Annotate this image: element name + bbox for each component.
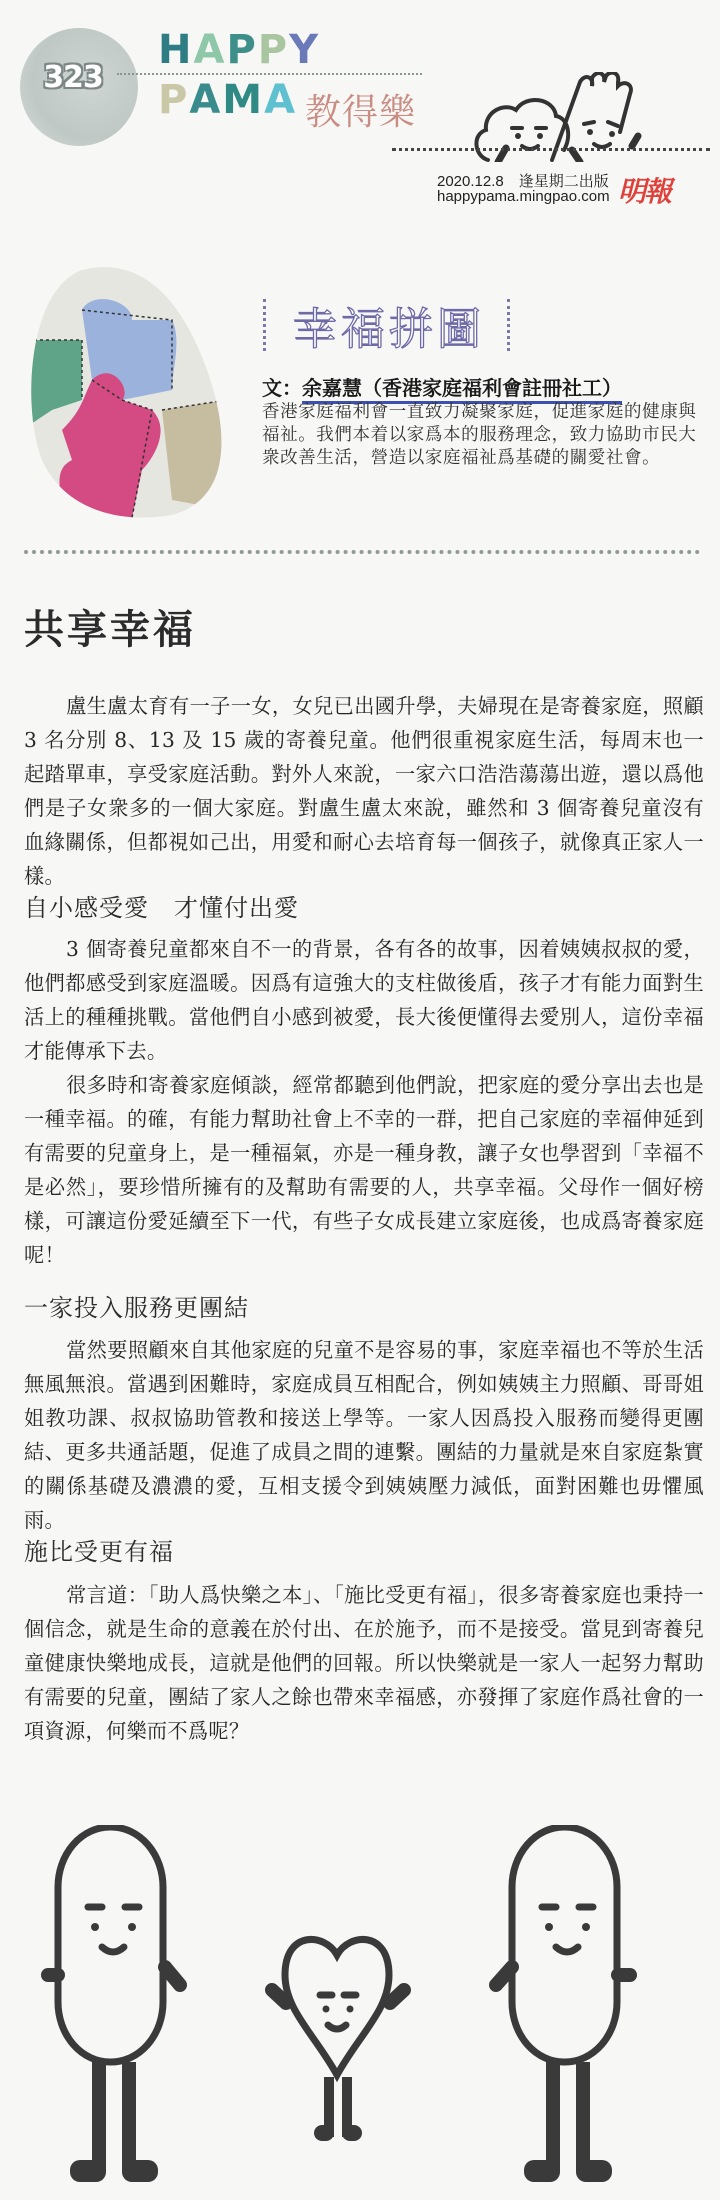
logo-letter: P [226, 30, 257, 70]
title-bar-right [507, 299, 513, 351]
logo-pama: PAMA [158, 80, 297, 120]
byline-author: 余嘉慧（香港家庭福利會註冊社工） [302, 376, 622, 404]
column-title: 幸福拼圖 [269, 293, 507, 357]
logo-letter: P [258, 30, 289, 70]
logo-happy: HAPPY [158, 30, 320, 70]
byline-prefix: 文： [262, 376, 302, 400]
byline: 文：余嘉慧（香港家庭福利會註冊社工） [262, 372, 622, 401]
subhead-3: 施比受更有福 [24, 1532, 174, 1567]
subhead-1: 自小感受愛 才懂付出愛 [24, 888, 299, 923]
logo-letter: A [264, 80, 297, 120]
family-figures-icon [40, 1825, 690, 2195]
subhead-2: 一家投入服務更團結 [24, 1288, 249, 1323]
logo-divider [117, 73, 422, 75]
section-divider [24, 550, 700, 554]
paragraph-2: 3 個寄養兒童都來自不一的背景，各有各的故事，因着姨姨叔叔的愛，他們都感受到家庭… [24, 932, 704, 1068]
paragraph-1: 盧生盧太育有一子一女，女兒已出國升學，夫婦現在是寄養家庭，照顧 3 名分別 8、… [24, 689, 704, 893]
newspaper-logo: 明報 [618, 170, 670, 210]
logo-letter: Y [289, 30, 320, 70]
column-intro: 香港家庭福利會一直致力凝聚家庭，促進家庭的健康與福祉。我們本着以家爲本的服務理念… [262, 401, 707, 470]
issue-number: 323 [18, 60, 128, 95]
puzzle-illustration-icon [22, 260, 232, 518]
logo-letter: A [189, 80, 222, 120]
paragraph-5: 常言道：「助人爲快樂之本」、「施比受更有福」，很多寄養家庭也秉持一個信念，就是生… [24, 1578, 704, 1748]
logo-letter: H [158, 30, 193, 70]
logo-letter: P [158, 80, 189, 120]
logo-letter: M [222, 80, 264, 120]
paragraph-4: 當然要照顧來自其他家庭的兒童不是容易的事，家庭幸福也不等於生活無風無浪。當遇到困… [24, 1333, 704, 1537]
logo-chinese: 教得樂 [305, 84, 416, 135]
website-url: happypama.mingpao.com [437, 188, 610, 205]
article-headline: 共享幸福 [24, 598, 196, 655]
mascot-divider [392, 148, 710, 151]
column-title-box: 幸福拼圖 [263, 300, 513, 350]
paragraph-3: 很多時和寄養家庭傾談，經常都聽到他們說，把家庭的愛分享出去也是一種幸福。的確，有… [24, 1068, 704, 1272]
logo-letter: A [193, 30, 226, 70]
